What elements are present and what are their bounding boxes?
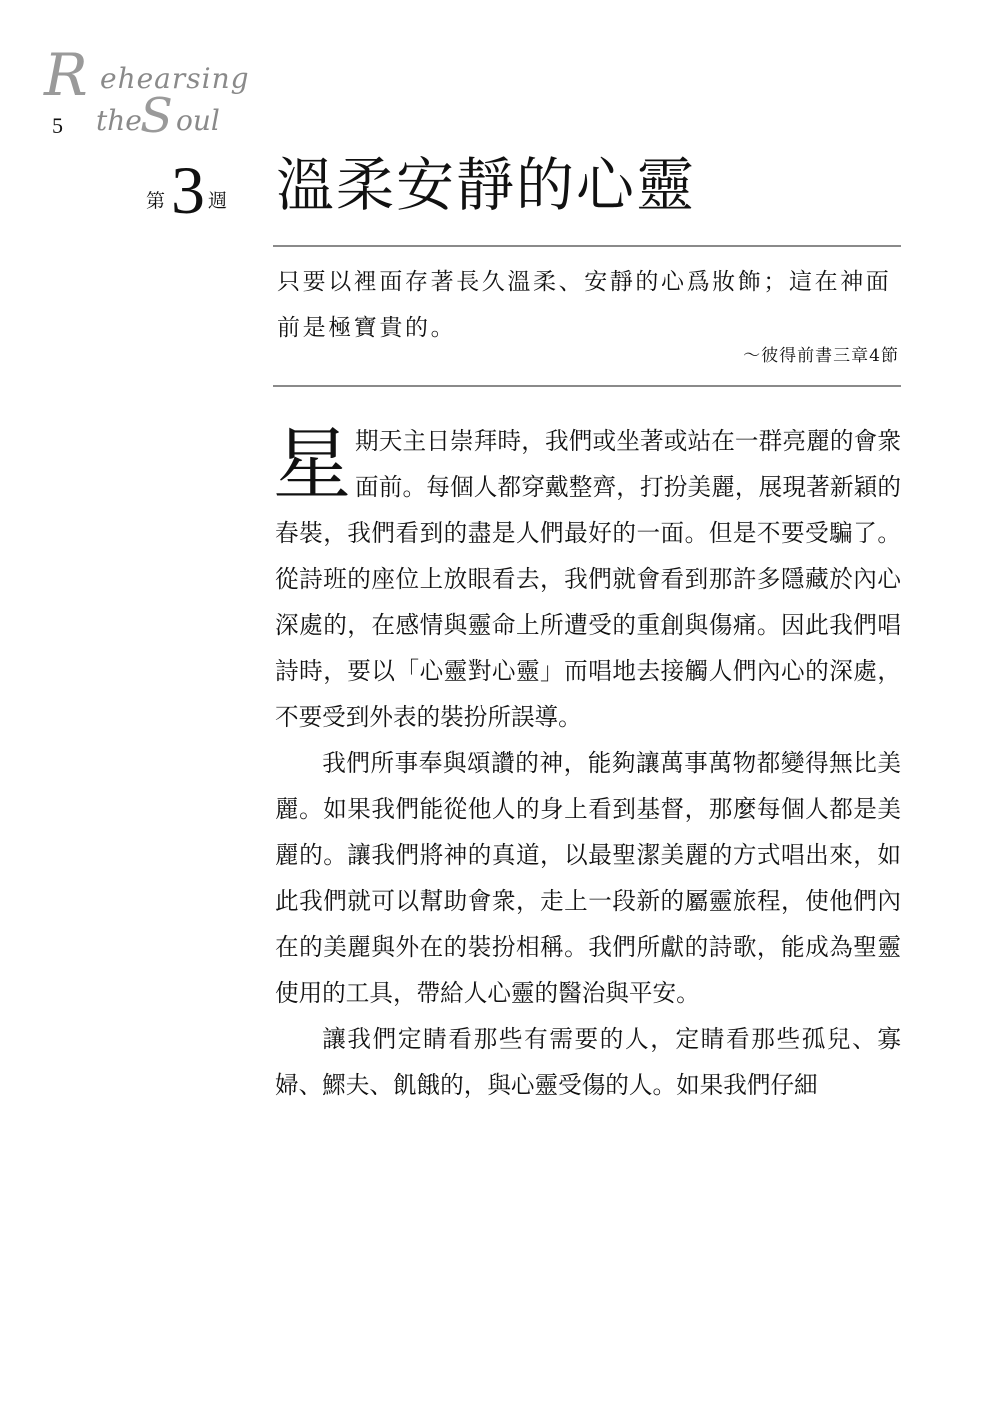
week-number: 3	[171, 160, 205, 220]
paragraph-3: 讓我們定睛看那些有需要的人，定睛看那些孤兒、寡婦、鰥夫、飢餓的，與心靈受傷的人。…	[275, 1016, 901, 1108]
body-text: 星 期天主日崇拜時，我們或坐著或站在一群亮麗的會衆面前。每個人都穿戴整齊，打扮美…	[275, 418, 901, 1108]
chapter-title: 溫柔安靜的心靈	[276, 152, 696, 218]
book-logo: R ehearsing the S oul	[40, 44, 240, 144]
page-number: 5	[52, 113, 63, 139]
week-prefix: 第	[146, 190, 165, 212]
week-suffix: 週	[208, 190, 227, 212]
logo-word-the: the	[96, 106, 142, 136]
epigraph-text: 只要以裡面存著長久溫柔、安靜的心爲妝飾；這在神面前是極寶貴的。	[277, 259, 899, 351]
paragraph-1-text: 期天主日崇拜時，我們或坐著或站在一群亮麗的會衆面前。每個人都穿戴整齊，打扮美麗，…	[275, 427, 901, 731]
week-label: 第 3 週	[146, 150, 227, 220]
drop-cap: 星	[273, 424, 351, 510]
logo-word-rehearsing: ehearsing	[100, 64, 250, 94]
epigraph-block: 只要以裡面存著長久溫柔、安靜的心爲妝飾；這在神面前是極寶貴的。 ～彼得前書三章4…	[273, 245, 901, 387]
logo-initial-r: R	[44, 46, 88, 104]
paragraph-2: 我們所事奉與頌讚的神，能夠讓萬事萬物都變得無比美麗。如果我們能從他人的身上看到基…	[275, 740, 901, 1016]
epigraph-citation: ～彼得前書三章4節	[743, 344, 899, 368]
logo-word-soul: oul	[176, 106, 220, 136]
logo-initial-s: S	[140, 92, 173, 140]
paragraph-1: 星 期天主日崇拜時，我們或坐著或站在一群亮麗的會衆面前。每個人都穿戴整齊，打扮美…	[275, 418, 901, 740]
